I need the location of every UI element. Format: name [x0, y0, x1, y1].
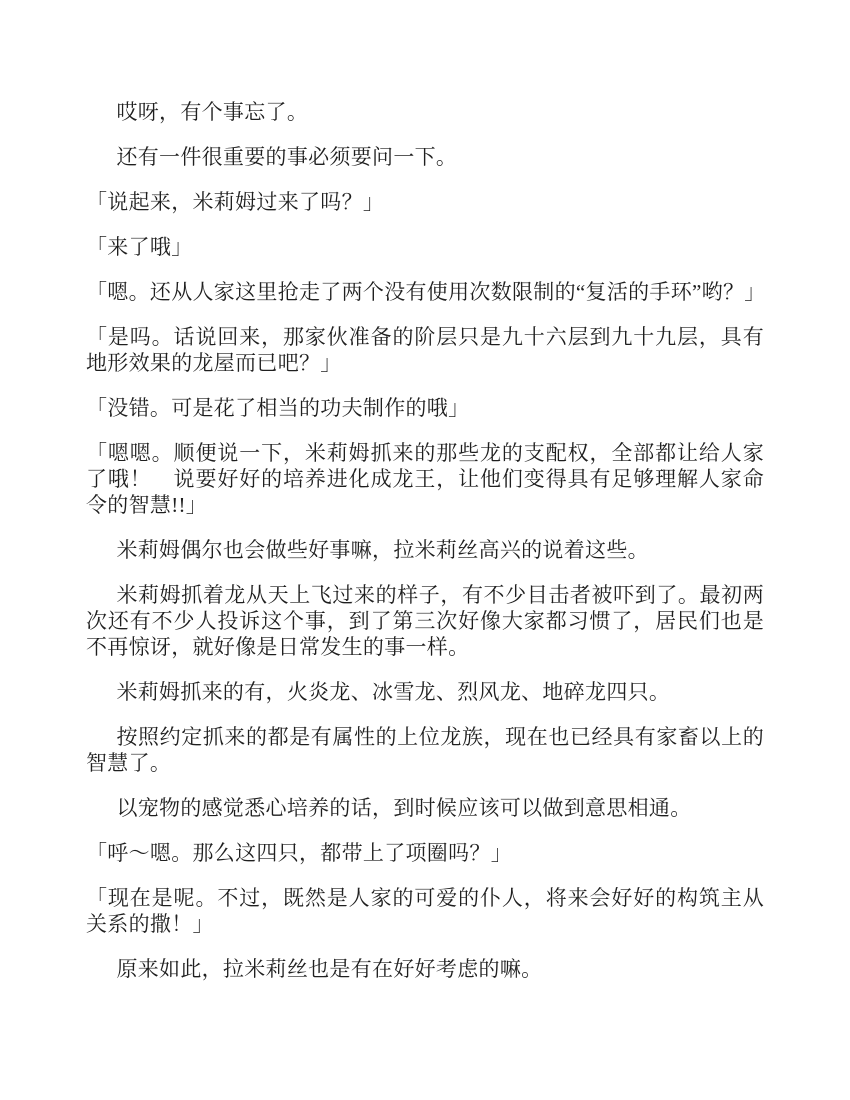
- narration-paragraph-3: 米莉姆偶尔也会做些好事嘛，拉米莉丝高兴的说着这些。: [86, 537, 764, 563]
- dialogue-paragraph-1: 「说起来，米莉姆过来了吗？」: [86, 189, 764, 215]
- narration-paragraph-8: 原来如此，拉米莉丝也是有在好好考虑的嘛。: [86, 956, 764, 982]
- narration-paragraph-7: 以宠物的感觉悉心培养的话，到时候应该可以做到意思相通。: [86, 795, 764, 821]
- dialogue-paragraph-4: 「是吗。话说回来，那家伙准备的阶层只是九十六层到九十九层，具有地形效果的龙屋而已…: [86, 324, 764, 376]
- narration-paragraph-5: 米莉姆抓来的有，火炎龙、冰雪龙、烈风龙、地碎龙四只。: [86, 679, 764, 705]
- dialogue-paragraph-6: 「嗯嗯。顺便说一下，米莉姆抓来的那些龙的支配权，全部都让给人家了哦！ 说要好好的…: [86, 440, 764, 518]
- dialogue-paragraph-2: 「来了哦」: [86, 234, 764, 260]
- narration-paragraph-6: 按照约定抓来的都是有属性的上位龙族，现在也已经具有家畜以上的智慧了。: [86, 724, 764, 776]
- dialogue-paragraph-5: 「没错。可是花了相当的功夫制作的哦」: [86, 395, 764, 421]
- dialogue-paragraph-3: 「嗯。还从人家这里抢走了两个没有使用次数限制的“复活的手环”哟？」: [86, 279, 764, 305]
- dialogue-paragraph-8: 「现在是呢。不过，既然是人家的可爱的仆人，将来会好好的构筑主从关系的撒！」: [86, 885, 764, 937]
- ebook-page: 哎呀，有个事忘了。 还有一件很重要的事必须要问一下。 「说起来，米莉姆过来了吗？…: [86, 0, 764, 982]
- dialogue-paragraph-7: 「呼～嗯。那么这四只，都带上了项圈吗？」: [86, 840, 764, 866]
- narration-paragraph-2: 还有一件很重要的事必须要问一下。: [86, 144, 764, 170]
- narration-paragraph-1: 哎呀，有个事忘了。: [86, 99, 764, 125]
- narration-paragraph-4: 米莉姆抓着龙从天上飞过来的样子，有不少目击者被吓到了。最初两次还有不少人投诉这个…: [86, 582, 764, 660]
